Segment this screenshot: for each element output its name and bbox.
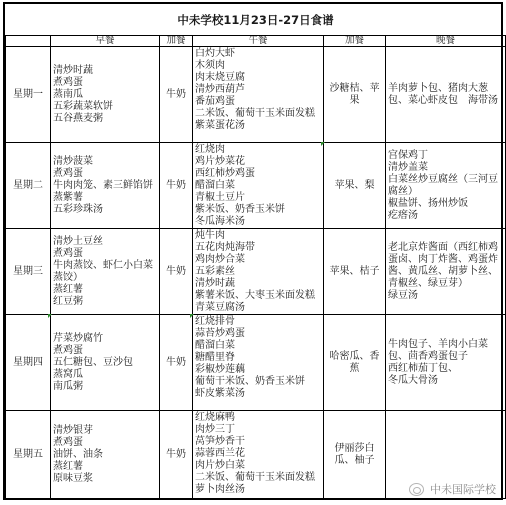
menu-item: 紫菜蛋花汤 bbox=[195, 120, 321, 132]
menu-item: 清炒时蔬 bbox=[53, 65, 157, 77]
day-cell: 星期三 bbox=[6, 229, 51, 315]
watermark: 中未国际学校 bbox=[409, 481, 496, 497]
weekly-menu-table: 中未学校11月23日-27日食谱 早餐 加餐 午餐 加餐 晚餐 星期一清炒时蔬煮… bbox=[5, 4, 506, 499]
day-cell: 星期一 bbox=[6, 47, 51, 143]
dinner-cell: 宫保鸡丁清炒盖菜白菜丝炒豆腐丝（三河豆腐丝）椒盐饼、扬州炒饭疙瘩汤 bbox=[386, 143, 506, 229]
menu-item: 蒸南瓜 bbox=[53, 89, 157, 101]
menu-item: 清炒菠菜 bbox=[53, 156, 157, 168]
menu-item: 肉炒三丁 bbox=[195, 424, 321, 436]
menu-item: 萝卜肉丝汤 bbox=[195, 484, 321, 496]
header-row: 早餐 加餐 午餐 加餐 晚餐 bbox=[6, 36, 506, 47]
menu-item: 醋溜白菜 bbox=[195, 340, 321, 352]
menu-item: 番茄鸡蛋 bbox=[195, 96, 321, 108]
header-lunch: 午餐 bbox=[193, 36, 324, 47]
menu-item: 鸡肉炒合菜 bbox=[195, 254, 321, 266]
menu-title: 中未学校11月23日-27日食谱 bbox=[6, 4, 506, 36]
snack-morning-cell: 牛奶 bbox=[160, 411, 193, 499]
menu-item: 冬瓜海米汤 bbox=[195, 216, 321, 228]
lunch-cell: 白灼大虾木须肉肉末烧豆腐清炒西葫芦番茄鸡蛋二米饭、葡萄干玉米面发糕紫菜蛋花汤 bbox=[193, 47, 324, 143]
menu-item: 紫薯米饭、大枣玉米面发糕 bbox=[195, 290, 321, 302]
menu-item: 红烧肉 bbox=[195, 144, 321, 156]
dinner-cell: 羊肉萝卜包、猪肉大葱包、菜心虾皮包 海带汤 bbox=[386, 47, 506, 143]
menu-item: 牛肉蒸饺、虾仁小白菜蒸饺） bbox=[53, 260, 157, 284]
menu-item: 五花肉炖海带 bbox=[195, 242, 321, 254]
snack-afternoon-cell: 伊丽莎白瓜、柚子 bbox=[324, 411, 386, 499]
menu-item: 白灼大虾 bbox=[195, 48, 321, 60]
lunch-cell: 红烧麻鸭肉炒三丁莴笋炒香干蒜蓉西兰花肉片炒白菜二米饭、葡萄干玉米面发糕萝卜肉丝汤 bbox=[193, 411, 324, 499]
breakfast-cell: 芹菜炒腐竹煮鸡蛋五仁糖包、豆沙包蒸窝瓜南瓜粥 bbox=[51, 315, 160, 411]
menu-item: 西红柿炒鸡蛋 bbox=[195, 168, 321, 180]
menu-item: 肉片炒白菜 bbox=[195, 460, 321, 472]
menu-item: 油饼、油条 bbox=[53, 449, 157, 461]
menu-item: 蒜苔炒鸡蛋 bbox=[195, 328, 321, 340]
menu-item: 红烧排骨 bbox=[195, 316, 321, 328]
menu-item: 紫米饭、奶香玉米饼 bbox=[195, 204, 321, 216]
menu-item: 煮鸡蛋 bbox=[53, 168, 157, 180]
menu-item: 清炒土豆丝 bbox=[53, 236, 157, 248]
menu-item: 青菜豆腐汤 bbox=[195, 302, 321, 314]
menu-item: 西红柿茄丁包、 bbox=[388, 363, 503, 375]
snack-afternoon-cell: 哈密瓜、香蕉 bbox=[324, 315, 386, 411]
menu-item: 老北京炸酱面（西红柿鸡蛋卤、肉丁炸酱、鸡蛋炸酱、黄瓜丝、胡萝卜丝、青椒丝、绿豆芽… bbox=[388, 242, 503, 290]
menu-item: 原味豆浆 bbox=[53, 473, 157, 485]
wechat-icon bbox=[409, 483, 424, 496]
menu-item: 羊肉萝卜包、猪肉大葱包、菜心虾皮包 海带汤 bbox=[388, 83, 503, 107]
menu-item: 绿豆汤 bbox=[388, 290, 503, 302]
menu-item: 五仁糖包、豆沙包 bbox=[53, 357, 157, 369]
cell-comment-marker bbox=[48, 314, 52, 318]
snack-afternoon-cell: 苹果、桔子 bbox=[324, 229, 386, 315]
header-snack-morning: 加餐 bbox=[160, 36, 193, 47]
cell-comment-marker bbox=[321, 142, 325, 146]
day-row: 星期二清炒菠菜煮鸡蛋牛肉肉笼、素三鲜馅饼蒸紫薯五彩珍珠汤牛奶红烧肉鸡片炒菜花西红… bbox=[6, 143, 506, 229]
menu-item: 虾皮紫菜汤 bbox=[195, 388, 321, 400]
breakfast-cell: 清炒银芽煮鸡蛋油饼、油条蒸红薯原味豆浆 bbox=[51, 411, 160, 499]
menu-item: 清炒西葫芦 bbox=[195, 84, 321, 96]
snack-morning-cell: 牛奶 bbox=[160, 229, 193, 315]
dinner-cell: 老北京炸酱面（西红柿鸡蛋卤、肉丁炸酱、鸡蛋炸酱、黄瓜丝、胡萝卜丝、青椒丝、绿豆芽… bbox=[386, 229, 506, 315]
menu-item: 椒盐饼、扬州炒饭 bbox=[388, 198, 503, 210]
menu-item: 清炒时蔬 bbox=[195, 278, 321, 290]
menu-item: 二米饭、葡萄干玉米面发糕 bbox=[195, 472, 321, 484]
menu-item: 醋溜白菜 bbox=[195, 180, 321, 192]
menu-item: 肉末烧豆腐 bbox=[195, 72, 321, 84]
menu-item: 蒸红薯 bbox=[53, 461, 157, 473]
day-row: 星期一清炒时蔬煮鸡蛋蒸南瓜五彩蔬菜软饼五谷燕麦粥牛奶白灼大虾木须肉肉末烧豆腐清炒… bbox=[6, 47, 506, 143]
menu-sheet: 中未学校11月23日-27日食谱 早餐 加餐 午餐 加餐 晚餐 星期一清炒时蔬煮… bbox=[3, 2, 503, 500]
menu-item: 五彩蔬菜软饼 bbox=[53, 101, 157, 113]
menu-item: 煮鸡蛋 bbox=[53, 437, 157, 449]
menu-item: 彩椒炒莲藕 bbox=[195, 364, 321, 376]
lunch-cell: 红烧排骨蒜苔炒鸡蛋醋溜白菜糖醋里脊彩椒炒莲藕葡萄干米饭、奶香玉米饼虾皮紫菜汤 bbox=[193, 315, 324, 411]
day-cell: 星期四 bbox=[6, 315, 51, 411]
menu-item: 冬瓜大骨汤 bbox=[388, 375, 503, 387]
menu-item: 红烧麻鸭 bbox=[195, 412, 321, 424]
menu-item: 煮鸡蛋 bbox=[53, 248, 157, 260]
menu-item: 煮鸡蛋 bbox=[53, 77, 157, 89]
menu-item: 芹菜炒腐竹 bbox=[53, 333, 157, 345]
snack-afternoon-cell: 沙糖桔、苹果 bbox=[324, 47, 386, 143]
day-row: 星期四芹菜炒腐竹煮鸡蛋五仁糖包、豆沙包蒸窝瓜南瓜粥牛奶红烧排骨蒜苔炒鸡蛋醋溜白菜… bbox=[6, 315, 506, 411]
header-snack-afternoon: 加餐 bbox=[324, 36, 386, 47]
menu-item: 蒸窝瓜 bbox=[53, 369, 157, 381]
header-breakfast: 早餐 bbox=[51, 36, 160, 47]
menu-item: 木须肉 bbox=[195, 60, 321, 72]
menu-item: 炖牛肉 bbox=[195, 230, 321, 242]
menu-item: 二米饭、葡萄干玉米面发糕 bbox=[195, 108, 321, 120]
menu-item: 五彩素丝 bbox=[195, 266, 321, 278]
menu-item: 蒜蓉西兰花 bbox=[195, 448, 321, 460]
snack-morning-cell: 牛奶 bbox=[160, 143, 193, 229]
menu-item: 蒸红薯 bbox=[53, 284, 157, 296]
menu-item: 红豆粥 bbox=[53, 296, 157, 308]
header-dinner: 晚餐 bbox=[386, 36, 506, 47]
day-cell: 星期二 bbox=[6, 143, 51, 229]
day-row: 星期三清炒土豆丝煮鸡蛋牛肉蒸饺、虾仁小白菜蒸饺）蒸红薯红豆粥牛奶炖牛肉五花肉炖海… bbox=[6, 229, 506, 315]
menu-item: 清炒银芽 bbox=[53, 425, 157, 437]
menu-item: 牛肉包子、羊肉小白菜包、茴香鸡蛋包子 bbox=[388, 339, 503, 363]
menu-item: 蒸紫薯 bbox=[53, 192, 157, 204]
menu-item: 南瓜粥 bbox=[53, 381, 157, 393]
snack-morning-cell: 牛奶 bbox=[160, 47, 193, 143]
menu-item: 青椒土豆片 bbox=[195, 192, 321, 204]
menu-item: 鸡片炒菜花 bbox=[195, 156, 321, 168]
snack-afternoon-cell: 苹果、梨 bbox=[324, 143, 386, 229]
menu-item: 牛肉肉笼、素三鲜馅饼 bbox=[53, 180, 157, 192]
menu-item: 宫保鸡丁 bbox=[388, 150, 503, 162]
lunch-cell: 炖牛肉五花肉炖海带鸡肉炒合菜五彩素丝清炒时蔬紫薯米饭、大枣玉米面发糕青菜豆腐汤 bbox=[193, 229, 324, 315]
dinner-cell: 牛肉包子、羊肉小白菜包、茴香鸡蛋包子西红柿茄丁包、冬瓜大骨汤 bbox=[386, 315, 506, 411]
menu-item: 莴笋炒香干 bbox=[195, 436, 321, 448]
day-cell: 星期五 bbox=[6, 411, 51, 499]
menu-item: 疙瘩汤 bbox=[388, 210, 503, 222]
lunch-cell: 红烧肉鸡片炒菜花西红柿炒鸡蛋醋溜白菜青椒土豆片紫米饭、奶香玉米饼冬瓜海米汤 bbox=[193, 143, 324, 229]
breakfast-cell: 清炒土豆丝煮鸡蛋牛肉蒸饺、虾仁小白菜蒸饺）蒸红薯红豆粥 bbox=[51, 229, 160, 315]
menu-item: 五彩珍珠汤 bbox=[53, 204, 157, 216]
breakfast-cell: 清炒时蔬煮鸡蛋蒸南瓜五彩蔬菜软饼五谷燕麦粥 bbox=[51, 47, 160, 143]
snack-morning-cell: 牛奶 bbox=[160, 315, 193, 411]
menu-item: 煮鸡蛋 bbox=[53, 345, 157, 357]
watermark-text: 中未国际学校 bbox=[430, 481, 496, 497]
menu-item: 糖醋里脊 bbox=[195, 352, 321, 364]
menu-item: 五谷燕麦粥 bbox=[53, 113, 157, 125]
menu-item: 清炒盖菜 bbox=[388, 162, 503, 174]
menu-item: 白菜丝炒豆腐丝（三河豆腐丝） bbox=[388, 174, 503, 198]
cell-comment-marker bbox=[190, 314, 194, 318]
header-day bbox=[6, 36, 51, 47]
menu-item: 葡萄干米饭、奶香玉米饼 bbox=[195, 376, 321, 388]
breakfast-cell: 清炒菠菜煮鸡蛋牛肉肉笼、素三鲜馅饼蒸紫薯五彩珍珠汤 bbox=[51, 143, 160, 229]
